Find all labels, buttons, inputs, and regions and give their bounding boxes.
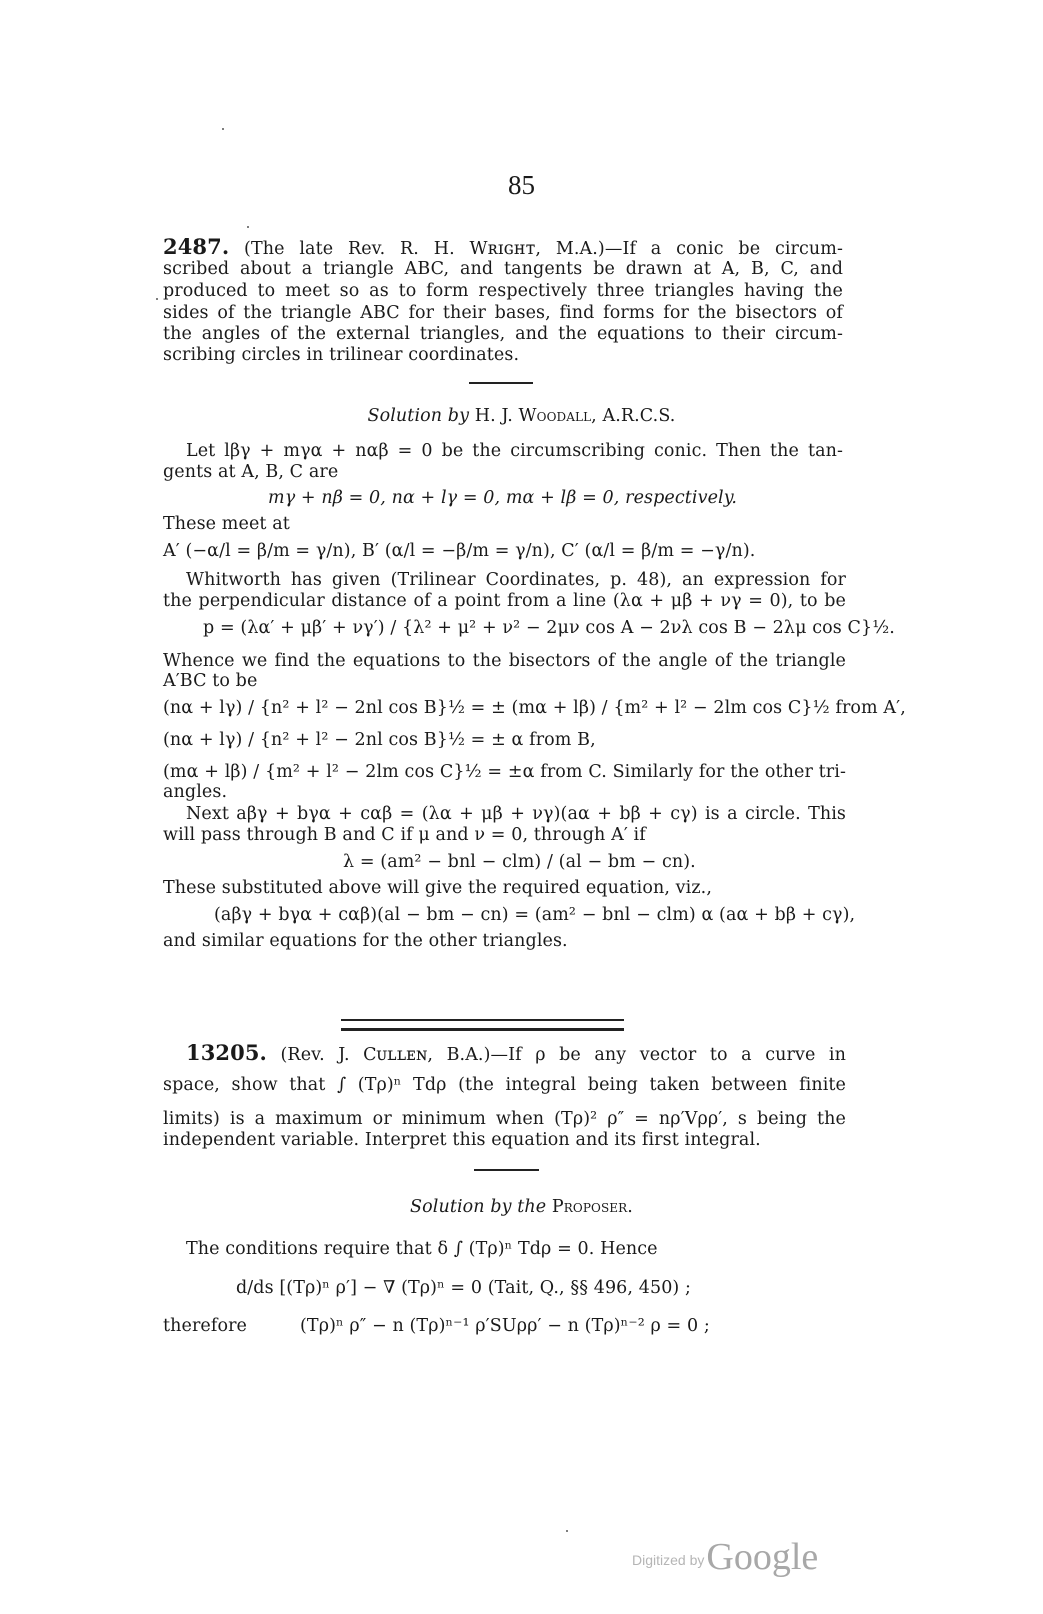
solution-line: These meet at xyxy=(163,513,290,535)
problem-statement-line: 2487. (The late Rev. R. H. Wʀɪɢʜᴛ, M.A.)… xyxy=(163,236,843,260)
equation: (nα + lγ) / {n² + l² − 2nl cos B}½ = ± (… xyxy=(163,697,906,719)
problem-statement-line: scribing circles in trilinear coordinate… xyxy=(163,344,519,366)
solution-line: Whence we find the equations to the bise… xyxy=(163,650,846,672)
problem-statement-line: space, show that ∫ (Tρ)ⁿ Tdρ (the integr… xyxy=(163,1074,846,1096)
digitized-by-google-watermark: Digitized byGoogle xyxy=(632,1535,818,1579)
solution-line: and similar equations for the other tria… xyxy=(163,930,568,952)
equation: λ = (am² − bnl − clm) / (al − bm − cn). xyxy=(343,851,696,873)
equation: (mα + lβ) / {m² + l² − 2lm cos C}½ = ±α … xyxy=(163,761,846,783)
problem-number: 2487. xyxy=(163,234,229,259)
problem-statement-line: 13205. (Rev. J. Cᴜʟʟᴇɴ, B.A.)—If ρ be an… xyxy=(186,1042,846,1066)
solution-line: angles. xyxy=(163,781,227,803)
watermark-prefix: Digitized by xyxy=(632,1552,704,1568)
solution-line: Next aβγ + bγα + cαβ = (λα + μβ + νγ)(aα… xyxy=(186,803,846,825)
equation: mγ + nβ = 0, nα + lγ = 0, mα + lβ = 0, r… xyxy=(268,487,737,509)
problem-statement-line: independent variable. Interpret this equ… xyxy=(163,1129,761,1151)
problem-statement-line: limits) is a maximum or minimum when (Tρ… xyxy=(163,1108,846,1130)
google-logo-text: Google xyxy=(706,1536,818,1578)
problem-statement-line: scribed about a triangle ABC, and tangen… xyxy=(163,258,843,280)
problem-statement-line: sides of the triangle ABC for their base… xyxy=(163,302,843,324)
equation: A′ (−α/l = β/m = γ/n), B′ (α/l = −β/m = … xyxy=(163,540,755,562)
double-section-divider xyxy=(341,1019,624,1031)
solution-line: A′BC to be xyxy=(163,670,257,692)
problem-statement-line: the angles of the external triangles, an… xyxy=(163,323,843,345)
solution-line: The conditions require that δ ∫ (Tρ)ⁿ Td… xyxy=(186,1238,658,1260)
equation: p = (λα′ + μβ′ + νγ′) / {λ² + μ² + ν² − … xyxy=(203,617,895,639)
scan-speck xyxy=(156,298,158,300)
solution-line: will pass through B and C if μ and ν = 0… xyxy=(163,824,646,846)
solution-line: therefore xyxy=(163,1315,247,1337)
document-page: 85 2487. (The late Rev. R. H. Wʀɪɢʜᴛ, M.… xyxy=(0,0,1043,1614)
solution-line: Let lβγ + mγα + nαβ = 0 be the circumscr… xyxy=(186,440,843,462)
solution-line: gents at A, B, C are xyxy=(163,461,338,483)
solution-heading: Solution by H. J. Woodall, A.R.C.S. xyxy=(0,405,1043,427)
problem-statement-line: produced to meet so as to form respectiv… xyxy=(163,280,843,302)
page-number: 85 xyxy=(0,170,1043,201)
section-divider xyxy=(469,382,533,384)
solution-heading: Solution by the Proposer. xyxy=(0,1196,1043,1218)
scan-speck xyxy=(566,1530,568,1532)
section-divider xyxy=(474,1169,539,1171)
problem-number: 13205. xyxy=(186,1040,267,1065)
solution-line: These substituted above will give the re… xyxy=(163,877,712,899)
equation: (Tρ)ⁿ ρ″ − n (Tρ)ⁿ⁻¹ ρ′SUρρ′ − n (Tρ)ⁿ⁻²… xyxy=(300,1315,710,1337)
equation: d/ds [(Tρ)ⁿ ρ′] − ∇ (Tρ)ⁿ = 0 (Tait, Q.,… xyxy=(236,1277,691,1299)
equation: (aβγ + bγα + cαβ)(al − bm − cn) = (am² −… xyxy=(214,904,855,926)
solution-line: the perpendicular distance of a point fr… xyxy=(163,590,846,612)
equation: (nα + lγ) / {n² + l² − 2nl cos B}½ = ± α… xyxy=(163,729,596,751)
scan-speck xyxy=(247,226,249,228)
scan-speck xyxy=(222,128,224,130)
solution-line: Whitworth has given (Trilinear Coordinat… xyxy=(186,569,846,591)
